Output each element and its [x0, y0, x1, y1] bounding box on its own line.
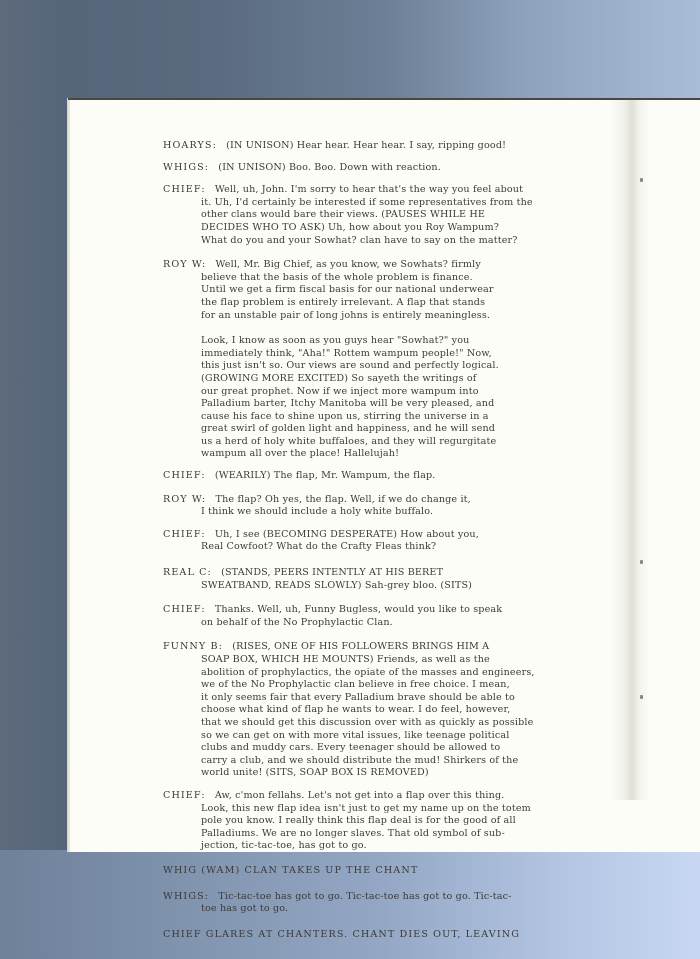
- dialogue-line: What do you and your Sowhat? clan have t…: [163, 235, 583, 248]
- dialogue-line: CHIEF: Aw, c'mon fellahs. Let's not get …: [163, 790, 583, 803]
- binding-mark: [640, 178, 643, 182]
- dialogue-line: Palladium barter, Itchy Manitoba will be…: [163, 398, 583, 411]
- dialogue-text: Well, uh, John. I'm sorry to hear that's…: [215, 184, 523, 195]
- dialogue-block: REAL C: (STANDS, PEERS INTENTLY AT HIS B…: [163, 567, 583, 592]
- dialogue-line: the flap problem is entirely irrelevant.…: [163, 297, 583, 310]
- dialogue-line: this just isn't so. Our views are sound …: [163, 360, 583, 373]
- dialogue-text: great swirl of golden light and happines…: [201, 423, 495, 434]
- script-text: HOARYS: (IN UNISON) Hear hear. Hear hear…: [163, 140, 583, 941]
- dialogue-block: CHIEF: Thanks. Well, uh, Funny Bugless, …: [163, 604, 583, 629]
- dialogue-text: Real Cowfoot? What do the Crafty Fleas t…: [201, 541, 436, 552]
- dialogue-text: so we can get on with more vital issues,…: [201, 730, 510, 741]
- dialogue-line: our great prophet. Now if we inject more…: [163, 386, 583, 399]
- dialogue-line: Until we get a firm fiscal basis for our…: [163, 284, 583, 297]
- dialogue-text: this just isn't so. Our views are sound …: [201, 360, 499, 371]
- dialogue-text: The flap? Oh yes, the flap. Well, if we …: [216, 494, 471, 505]
- dialogue-block: Look, I know as soon as you guys hear "S…: [163, 335, 583, 461]
- stage-direction: WHIG (WAM) CLAN TAKES UP THE CHANT: [163, 865, 583, 878]
- dialogue-line: choose what kind of flap he wants to wea…: [163, 704, 583, 717]
- dialogue-line: Look, this new flap idea isn't just to g…: [163, 803, 583, 816]
- dialogue-text: it only seems fair that every Palladium …: [201, 692, 515, 703]
- dialogue-line: cause his face to shine upon us, stirrin…: [163, 411, 583, 424]
- speaker-name: WHIGS:: [163, 162, 209, 173]
- dialogue-text: (WEARILY) The flap, Mr. Wampum, the flap…: [215, 470, 436, 481]
- speaker-name: CHIEF:: [163, 790, 206, 801]
- dialogue-text: toe has got to go.: [201, 903, 288, 914]
- dialogue-line: (GROWING MORE EXCITED) So sayeth the wri…: [163, 373, 583, 386]
- dialogue-text: we of the No Prophylactic clan believe i…: [201, 679, 510, 690]
- dialogue-text: wampum all over the place! Hallelujah!: [201, 448, 399, 459]
- dialogue-line: carry a club, and we should distribute t…: [163, 755, 583, 768]
- dialogue-line: clubs and muddy cars. Every teenager sho…: [163, 742, 583, 755]
- dialogue-block: WHIGS: Tic-tac-toe has got to go. Tic-ta…: [163, 891, 583, 916]
- dialogue-line: other clans would bare their views. (PAU…: [163, 209, 583, 222]
- dialogue-text: (GROWING MORE EXCITED) So sayeth the wri…: [201, 373, 477, 384]
- dialogue-text: abolition of prophylactics, the opiate o…: [201, 667, 535, 678]
- dialogue-line: CHIEF: Thanks. Well, uh, Funny Bugless, …: [163, 604, 583, 617]
- dialogue-text: it. Uh, I'd certainly be interested if s…: [201, 197, 533, 208]
- dialogue-line: world unite! (SITS, SOAP BOX IS REMOVED): [163, 767, 583, 780]
- dialogue-line: Real Cowfoot? What do the Crafty Fleas t…: [163, 541, 583, 554]
- dialogue-text: choose what kind of flap he wants to wea…: [201, 704, 510, 715]
- binding-mark: [640, 695, 643, 699]
- dialogue-block: HOARYS: (IN UNISON) Hear hear. Hear hear…: [163, 140, 583, 153]
- dialogue-text: other clans would bare their views. (PAU…: [201, 209, 485, 220]
- dialogue-block: WHIGS: (IN UNISON) Boo. Boo. Down with r…: [163, 162, 583, 175]
- dialogue-line: FUNNY B: (RISES, ONE OF HIS FOLLOWERS BR…: [163, 641, 583, 654]
- speaker-name: ROY W:: [163, 259, 206, 270]
- dialogue-line: HOARYS: (IN UNISON) Hear hear. Hear hear…: [163, 140, 583, 153]
- speaker-name: ROY W:: [163, 494, 206, 505]
- dialogue-text: (IN UNISON) Hear hear. Hear hear. I say,…: [226, 140, 506, 151]
- dialogue-line: WHIGS: (IN UNISON) Boo. Boo. Down with r…: [163, 162, 583, 175]
- binding-mark: [640, 560, 643, 564]
- dialogue-text: SOAP BOX, WHICH HE MOUNTS) Friends, as w…: [201, 654, 490, 665]
- dialogue-line: WHIGS: Tic-tac-toe has got to go. Tic-ta…: [163, 891, 583, 904]
- dialogue-line: DECIDES WHO TO ASK) Uh, how about you Ro…: [163, 222, 583, 235]
- dialogue-line: believe that the basis of the whole prob…: [163, 272, 583, 285]
- dialogue-text: Look, this new flap idea isn't just to g…: [201, 803, 531, 814]
- dialogue-line: CHIEF: Uh, I see (BECOMING DESPERATE) Ho…: [163, 529, 583, 542]
- dialogue-text: Look, I know as soon as you guys hear "S…: [201, 335, 470, 346]
- dialogue-line: Palladiums. We are no longer slaves. Tha…: [163, 828, 583, 841]
- dialogue-text: believe that the basis of the whole prob…: [201, 272, 473, 283]
- dialogue-text: Well, Mr. Big Chief, as you know, we Sow…: [216, 259, 481, 270]
- dialogue-line: great swirl of golden light and happines…: [163, 423, 583, 436]
- dialogue-text: Uh, I see (BECOMING DESPERATE) How about…: [215, 529, 479, 540]
- dialogue-line: immediately think, "Aha!" Rottem wampum …: [163, 348, 583, 361]
- dialogue-text: on behalf of the No Prophylactic Clan.: [201, 617, 393, 628]
- stage-direction-text: CHIEF GLARES AT CHANTERS. CHANT DIES OUT…: [163, 929, 583, 942]
- dialogue-text: (RISES, ONE OF HIS FOLLOWERS BRINGS HIM …: [232, 641, 489, 652]
- speaker-name: WHIGS:: [163, 891, 209, 902]
- dialogue-text: I think we should include a holy white b…: [201, 506, 433, 517]
- dialogue-text: that we should get this discussion over …: [201, 717, 533, 728]
- speaker-name: REAL C:: [163, 567, 212, 578]
- dialogue-text: (IN UNISON) Boo. Boo. Down with reaction…: [218, 162, 441, 173]
- dialogue-text: Until we get a firm fiscal basis for our…: [201, 284, 494, 295]
- dialogue-text: Palladium barter, Itchy Manitoba will be…: [201, 398, 494, 409]
- dialogue-text: cause his face to shine upon us, stirrin…: [201, 411, 489, 422]
- dialogue-text: DECIDES WHO TO ASK) Uh, how about you Ro…: [201, 222, 499, 233]
- dialogue-text: our great prophet. Now if we inject more…: [201, 386, 479, 397]
- dialogue-line: SOAP BOX, WHICH HE MOUNTS) Friends, as w…: [163, 654, 583, 667]
- dialogue-line: we of the No Prophylactic clan believe i…: [163, 679, 583, 692]
- dialogue-line: abolition of prophylactics, the opiate o…: [163, 667, 583, 680]
- dialogue-text: (STANDS, PEERS INTENTLY AT HIS BERET: [221, 567, 443, 578]
- dialogue-line: REAL C: (STANDS, PEERS INTENTLY AT HIS B…: [163, 567, 583, 580]
- dialogue-line: it. Uh, I'd certainly be interested if s…: [163, 197, 583, 210]
- dialogue-text: immediately think, "Aha!" Rottem wampum …: [201, 348, 492, 359]
- speaker-name: FUNNY B:: [163, 641, 223, 652]
- dialogue-text: carry a club, and we should distribute t…: [201, 755, 518, 766]
- speaker-name: CHIEF:: [163, 470, 206, 481]
- dialogue-line: on behalf of the No Prophylactic Clan.: [163, 617, 583, 630]
- dialogue-line: it only seems fair that every Palladium …: [163, 692, 583, 705]
- dialogue-text: Aw, c'mon fellahs. Let's not get into a …: [215, 790, 505, 801]
- dialogue-line: ROY W: Well, Mr. Big Chief, as you know,…: [163, 259, 583, 272]
- speaker-name: CHIEF:: [163, 529, 206, 540]
- dialogue-line: Look, I know as soon as you guys hear "S…: [163, 335, 583, 348]
- dialogue-block: CHIEF: Well, uh, John. I'm sorry to hear…: [163, 184, 583, 247]
- speaker-name: CHIEF:: [163, 184, 206, 195]
- dialogue-line: that we should get this discussion over …: [163, 717, 583, 730]
- speaker-name: HOARYS:: [163, 140, 217, 151]
- dialogue-line: wampum all over the place! Hallelujah!: [163, 448, 583, 461]
- dialogue-text: What do you and your Sowhat? clan have t…: [201, 235, 518, 246]
- dialogue-text: for an unstable pair of long johns is en…: [201, 310, 490, 321]
- dialogue-line: us a herd of holy white buffaloes, and t…: [163, 436, 583, 449]
- dialogue-line: for an unstable pair of long johns is en…: [163, 310, 583, 323]
- dialogue-line: so we can get on with more vital issues,…: [163, 730, 583, 743]
- dialogue-block: CHIEF: (WEARILY) The flap, Mr. Wampum, t…: [163, 470, 583, 483]
- dialogue-line: pole you know. I really think this flap …: [163, 815, 583, 828]
- stage-direction-text: WHIG (WAM) CLAN TAKES UP THE CHANT: [163, 865, 583, 878]
- dialogue-line: SWEATBAND, READS SLOWLY) Sah-grey bloo. …: [163, 580, 583, 593]
- dialogue-text: Palladiums. We are no longer slaves. Tha…: [201, 828, 505, 839]
- dialogue-text: clubs and muddy cars. Every teenager sho…: [201, 742, 500, 753]
- dialogue-text: the flap problem is entirely irrelevant.…: [201, 297, 485, 308]
- dialogue-text: world unite! (SITS, SOAP BOX IS REMOVED): [201, 767, 429, 778]
- dialogue-line: CHIEF: (WEARILY) The flap, Mr. Wampum, t…: [163, 470, 583, 483]
- dialogue-block: ROY W: Well, Mr. Big Chief, as you know,…: [163, 259, 583, 322]
- dialogue-text: Tic-tac-toe has got to go. Tic-tac-toe h…: [218, 891, 511, 902]
- dialogue-block: ROY W: The flap? Oh yes, the flap. Well,…: [163, 494, 583, 519]
- dialogue-text: jection, tic-tac-toe, has got to go.: [201, 840, 367, 851]
- dialogue-text: us a herd of holy white buffaloes, and t…: [201, 436, 496, 447]
- speaker-name: CHIEF:: [163, 604, 206, 615]
- dialogue-text: Thanks. Well, uh, Funny Bugless, would y…: [215, 604, 502, 615]
- dialogue-block: FUNNY B: (RISES, ONE OF HIS FOLLOWERS BR…: [163, 641, 583, 780]
- dialogue-line: CHIEF: Well, uh, John. I'm sorry to hear…: [163, 184, 583, 197]
- book-gutter-shadow: [610, 100, 650, 800]
- dialogue-text: pole you know. I really think this flap …: [201, 815, 516, 826]
- stage-direction: CHIEF GLARES AT CHANTERS. CHANT DIES OUT…: [163, 929, 583, 942]
- dialogue-line: ROY W: The flap? Oh yes, the flap. Well,…: [163, 494, 583, 507]
- dialogue-line: I think we should include a holy white b…: [163, 506, 583, 519]
- dialogue-block: CHIEF: Uh, I see (BECOMING DESPERATE) Ho…: [163, 529, 583, 554]
- dialogue-line: jection, tic-tac-toe, has got to go.: [163, 840, 583, 853]
- dialogue-text: SWEATBAND, READS SLOWLY) Sah-grey bloo. …: [201, 580, 472, 591]
- dialogue-block: CHIEF: Aw, c'mon fellahs. Let's not get …: [163, 790, 583, 853]
- dialogue-line: toe has got to go.: [163, 903, 583, 916]
